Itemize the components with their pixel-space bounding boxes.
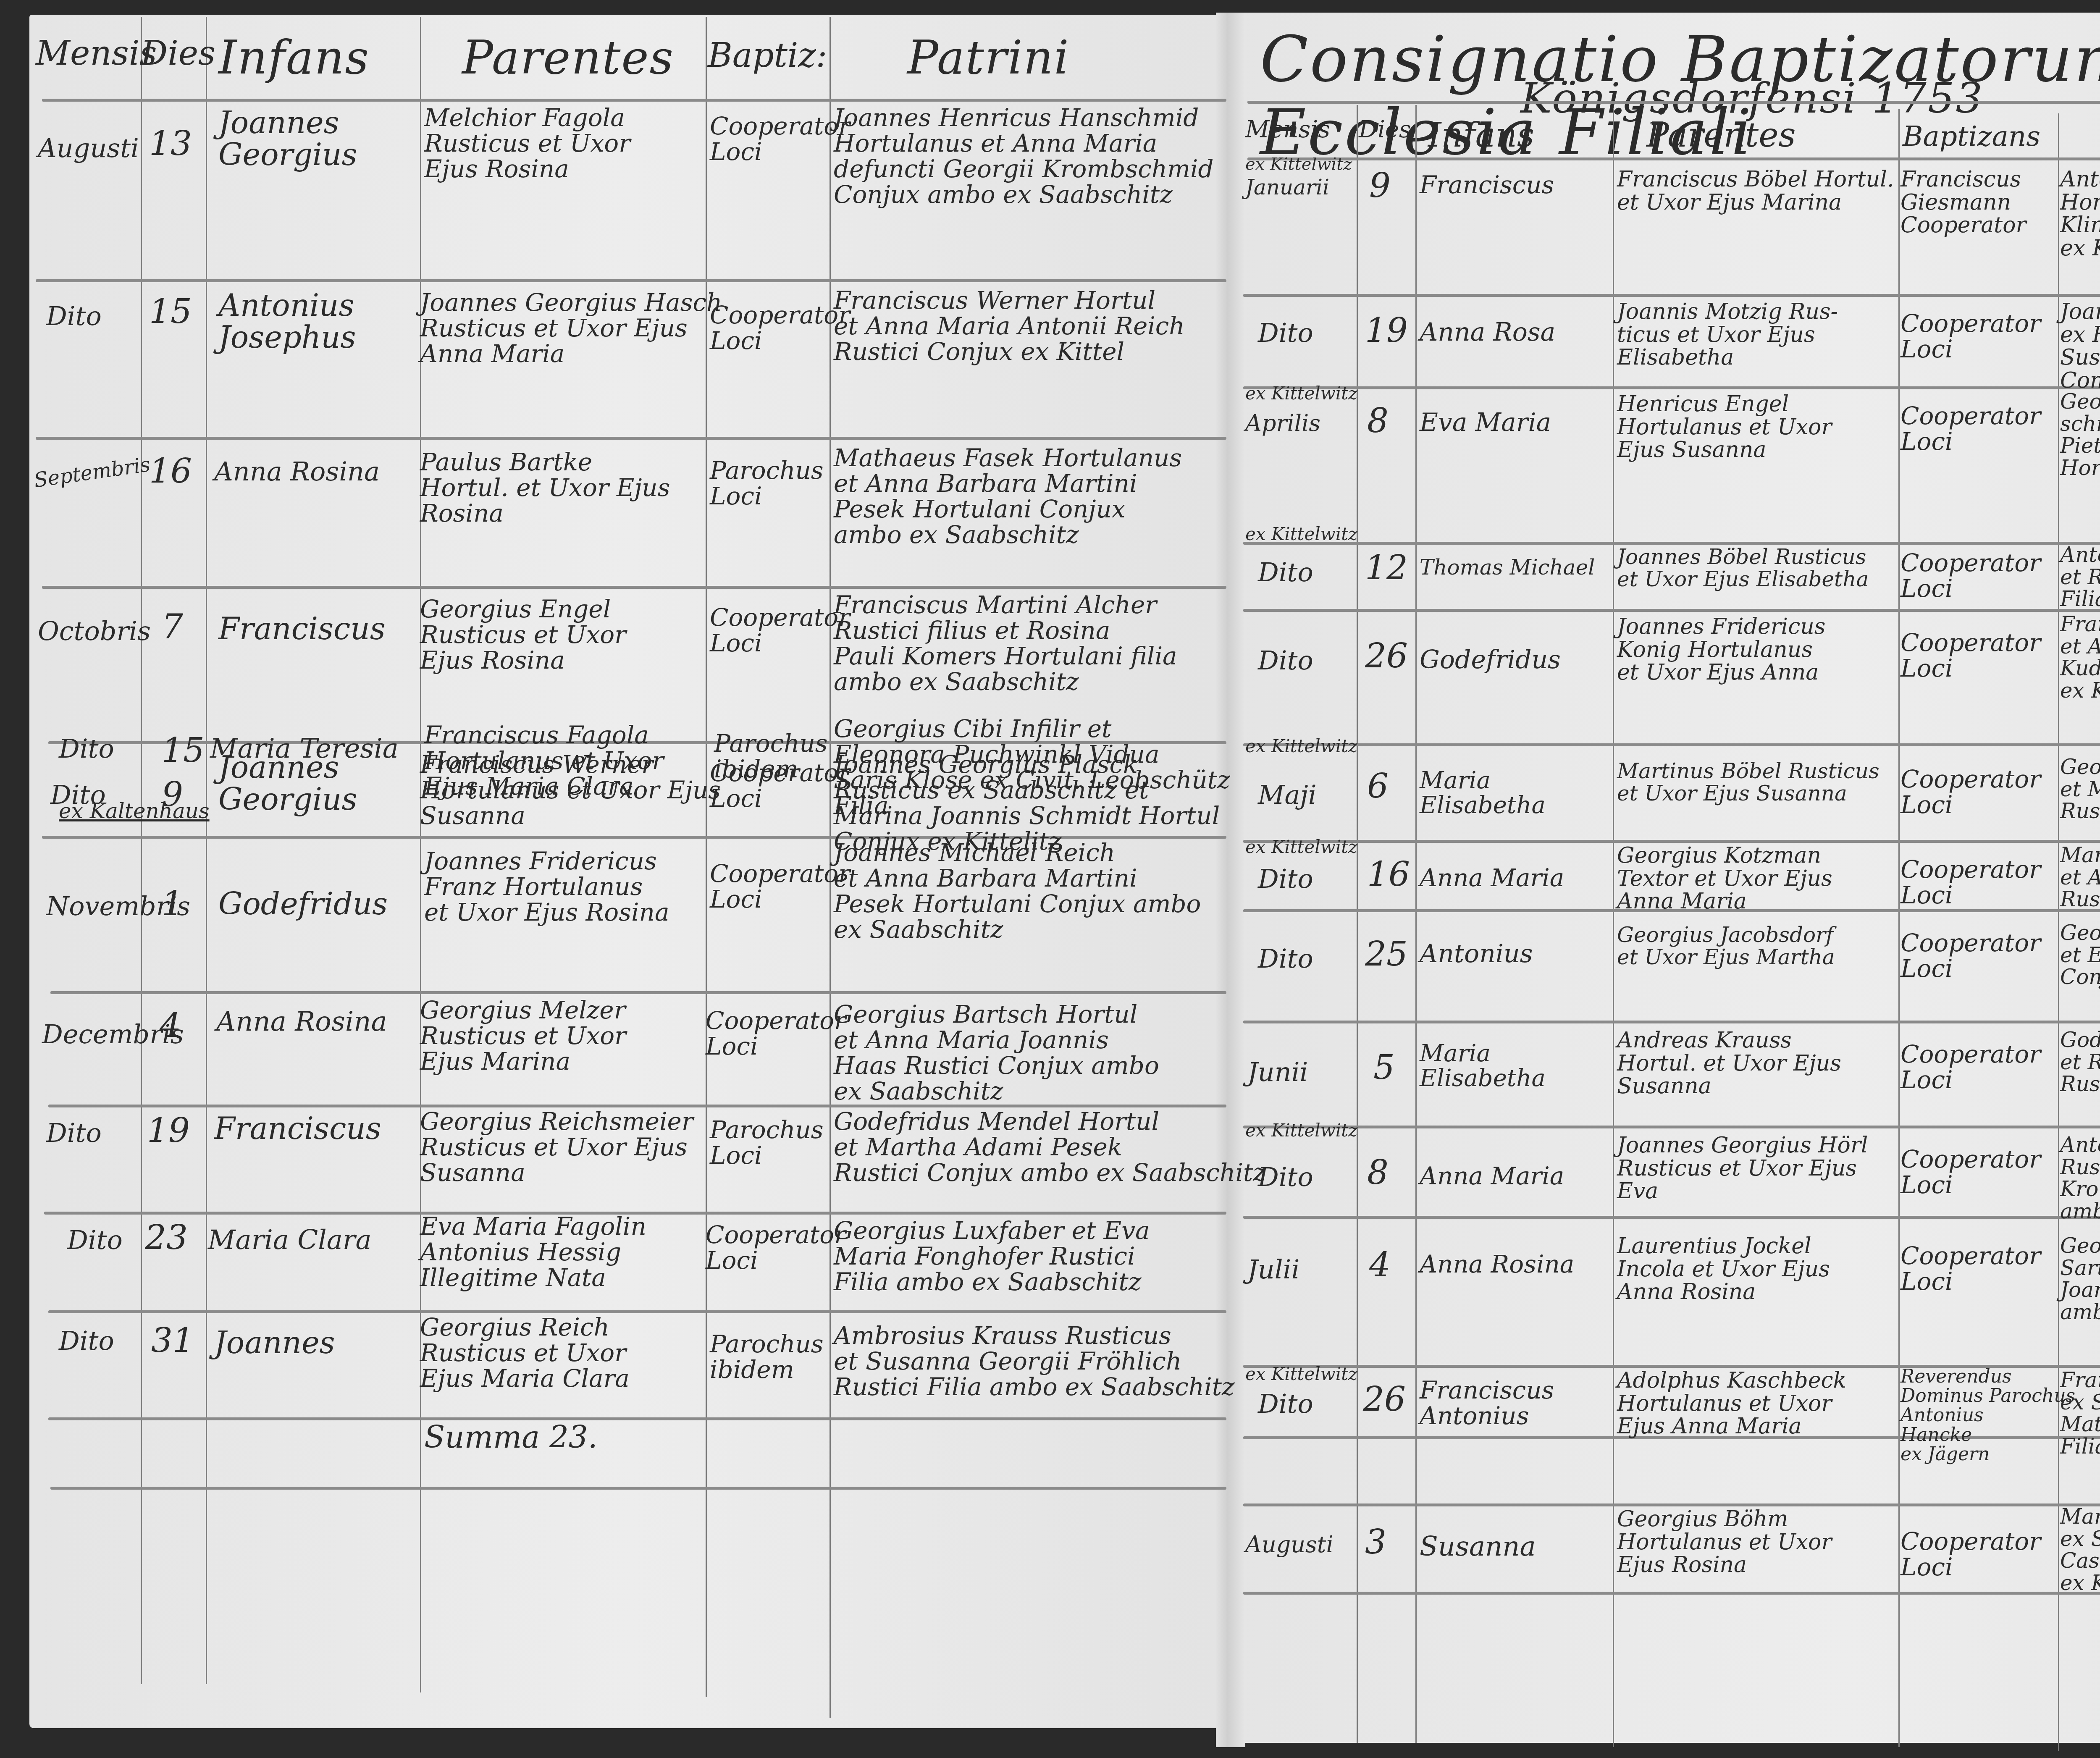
row-divider xyxy=(48,1310,1226,1313)
row-divider xyxy=(50,991,1226,994)
mensis-cell: Maji xyxy=(1258,781,1317,808)
row-divider xyxy=(50,1487,1226,1490)
infans-cell: Anna Rosina xyxy=(216,1008,387,1036)
parentes-cell: Joannes Georgius Hasch Rusticus et Uxor … xyxy=(420,290,722,367)
column-divider xyxy=(1898,109,1900,1747)
dies-cell: 1 xyxy=(162,886,183,921)
infans-cell: Eva Maria xyxy=(1420,409,1551,436)
baptizans-cell: Cooperator Loci xyxy=(710,861,850,912)
dies-cell: 15 xyxy=(149,294,192,329)
header-dies: Dies xyxy=(1359,118,1411,142)
dies-cell: 7 xyxy=(162,609,183,644)
column-divider xyxy=(1613,109,1614,1747)
column-divider xyxy=(141,17,142,1684)
patrini-cell: Franciscus Motz Hortulanus et Anna Rosin… xyxy=(2060,613,2100,701)
mensis-cell: Dito xyxy=(1258,647,1313,674)
mensis-cell: Januarii xyxy=(1245,176,1329,199)
patrini-cell: Antonius Marmetzke Rusticus et Gertrudis… xyxy=(2060,1134,2100,1222)
dies-cell: 16 xyxy=(149,454,192,489)
patrini-cell: Georgius Georgii Kromb- schmid Hortul. f… xyxy=(2060,391,2100,479)
baptizans-cell: Cooperator Loci xyxy=(706,1222,846,1273)
infans-cell: Joannes Georgius xyxy=(218,107,357,171)
dies-cell: 4 xyxy=(160,1008,181,1043)
parentes-cell: Andreas Krauss Hortul. et Uxor Ejus Susa… xyxy=(1617,1029,1841,1098)
row-divider xyxy=(1243,386,2100,389)
column-divider xyxy=(1415,105,1417,1743)
baptizans-cell: Cooperator Loci xyxy=(1900,311,2041,362)
row-divider xyxy=(1243,1592,2100,1595)
header-patrini: Patrini xyxy=(907,34,1070,82)
infans-cell: Anna Rosina xyxy=(1420,1252,1574,1277)
dies-cell: 5 xyxy=(1373,1050,1395,1085)
column-divider xyxy=(1357,105,1358,1743)
patrini-cell: Georgius Kotzman Textor et Marina Godefr… xyxy=(2060,756,2100,822)
baptizans-cell: Cooperator Loci xyxy=(1900,1147,2041,1198)
infans-cell: Anna Rosina xyxy=(214,458,380,485)
mensis-cell: Augusti xyxy=(1245,1533,1333,1557)
parentes-cell: Georgius Jacobsdorf et Uxor Ejus Martha xyxy=(1617,924,1835,968)
parentes-cell: Martinus Böbel Rusticus et Uxor Ejus Sus… xyxy=(1617,760,1879,804)
dies-cell: 6 xyxy=(1367,769,1389,804)
dies-cell: 19 xyxy=(147,1113,190,1148)
infans-cell: Maria Elisabetha xyxy=(1420,769,1546,818)
header-baptizans: Baptizans xyxy=(1903,122,2040,151)
dies-cell: 26 xyxy=(1365,638,1408,674)
mensis-cell: Dito xyxy=(1258,559,1313,586)
mensis-cell: Dito xyxy=(67,1226,123,1254)
row-divider xyxy=(1243,743,2100,746)
patrini-cell: Mathaeus Fasek Hortulanus et Anna Barbar… xyxy=(834,445,1182,548)
dies-cell: 9 xyxy=(1369,168,1391,203)
mensis-cell: Dito xyxy=(1258,945,1313,972)
baptizans-cell: Cooperator Loci xyxy=(1900,630,2041,681)
row-divider xyxy=(36,437,1226,440)
dies-cell: 13 xyxy=(149,126,192,161)
patrini-cell: Joannes Henricus Hanschmid Hortulanus et… xyxy=(834,105,1214,207)
baptizans-cell: Cooperator Loci xyxy=(1900,1243,2041,1294)
baptizans-cell: Cooperator Loci xyxy=(1900,550,2041,601)
parentes-cell: Eva Maria Fagolin Antonius Hessig Illegi… xyxy=(420,1214,646,1291)
mensis-cell: Dito xyxy=(1258,1390,1313,1417)
mensis-cell: Junii xyxy=(1247,1058,1308,1086)
origin-note: ex Kittelwitz xyxy=(1245,155,1352,173)
patrini-cell: Georgius Cibi Infilir et Eleonora Puchwi… xyxy=(834,716,1230,819)
baptizans-cell: Cooperator Loci xyxy=(710,113,850,165)
baptizans-cell: Parochus ibidem xyxy=(710,1331,824,1383)
baptizans-cell: Parochus Loci xyxy=(710,458,824,509)
mensis-cell: Dito xyxy=(59,735,114,762)
baptizans-cell: Cooperator Loci xyxy=(1900,766,2041,818)
parentes-cell: Paulus Bartke Hortul. et Uxor Ejus Rosin… xyxy=(420,449,670,526)
patrini-cell: Georgius Bartsch Hortul et Anna Maria Jo… xyxy=(834,1002,1159,1104)
patrini-cell: Georgius Luxfaber et Eva Maria Fonghofer… xyxy=(834,1218,1150,1295)
infans-cell: Antonius Josephus xyxy=(218,290,356,353)
parentes-cell: Franciscus Fagola Hortulanus et Uxor Eju… xyxy=(424,722,664,799)
mensis-cell: Dito xyxy=(1258,865,1313,892)
header-infans: Infans xyxy=(218,34,370,82)
patrini-cell: Godefridus Berner Molitor et Rosina Joan… xyxy=(2060,1029,2100,1095)
row-divider xyxy=(1243,294,2100,297)
row-divider xyxy=(48,1417,1226,1420)
parentes-cell: Laurentius Jockel Incola et Uxor Ejus An… xyxy=(1617,1235,1830,1304)
patrini-cell: Antonius Krombschmid Hortulanus et Rosin… xyxy=(2060,168,2100,260)
patrini-cell: Georgius Georgii Heids Sartoris filius e… xyxy=(2060,1235,2100,1323)
dies-cell: 8 xyxy=(1367,1155,1389,1190)
parentes-cell: Franciscus Böbel Hortul. et Uxor Ejus Ma… xyxy=(1617,168,1894,214)
infans-cell: Thomas Michael xyxy=(1420,556,1595,579)
mensis-cell: Octobris xyxy=(38,617,151,645)
row-divider xyxy=(36,279,1226,282)
patrini-cell: Antonius Marmetzke Rusticus et Rosina Jo… xyxy=(2060,544,2100,610)
header-mensis: Mensis xyxy=(36,36,157,71)
infans-cell: Antonius xyxy=(1420,941,1533,967)
baptizans-cell: Reverendus Dominus Parochus Antonius Han… xyxy=(1900,1367,2075,1464)
mensis-cell: Dito xyxy=(59,1327,114,1354)
parentes-cell: Joannes Georgius Hörl Rusticus et Uxor E… xyxy=(1617,1134,1868,1203)
mensis-cell: Dito xyxy=(46,302,102,330)
row-divider xyxy=(42,586,1226,589)
baptizans-cell: Parochus ibidem xyxy=(714,731,828,782)
infans-cell: Franciscus Antonius xyxy=(1420,1378,1554,1429)
origin-note: ex Kaltenhaus xyxy=(59,800,210,822)
parentes-cell: Georgius Böhm Hortulanus et Uxor Ejus Ro… xyxy=(1617,1508,1832,1577)
patrini-cell: Martinus Bramer Hortul. ex Schlögenberg … xyxy=(2060,1506,2100,1594)
baptizans-cell: Cooperator Loci xyxy=(710,605,850,656)
dies-cell: 23 xyxy=(145,1220,188,1255)
row-divider xyxy=(1243,1021,2100,1023)
origin-note: ex Kittelwitz xyxy=(1245,525,1357,543)
origin-note: ex Kittelwitz xyxy=(1245,838,1357,856)
baptizans-cell: Cooperator Loci xyxy=(1900,930,2041,981)
parentes-cell: Joannes Fridericus Franz Hortulanus et U… xyxy=(424,848,669,925)
dies-cell: 3 xyxy=(1365,1524,1386,1560)
parentes-cell: Melchior Fagola Rusticus et Uxor Ejus Ro… xyxy=(424,105,630,182)
dies-cell: 16 xyxy=(1367,857,1410,892)
infans-cell: Anna Maria xyxy=(1420,865,1564,891)
infans-cell: Susanna xyxy=(1420,1533,1536,1561)
infans-cell: Franciscus xyxy=(218,613,386,645)
header-baptizans: Baptiz: xyxy=(708,38,827,73)
row-divider xyxy=(42,99,1226,102)
dies-cell: 26 xyxy=(1363,1382,1406,1417)
dies-cell: 4 xyxy=(1369,1247,1391,1283)
summa-total: Summa 23. xyxy=(424,1420,598,1455)
dies-cell: 12 xyxy=(1365,550,1408,585)
infans-cell: Franciscus xyxy=(214,1113,381,1145)
baptizans-cell: Cooperator Loci xyxy=(710,302,850,354)
header-parentes: Parentes xyxy=(462,34,674,82)
column-divider xyxy=(206,17,207,1684)
patrini-cell: Martinus Böbel Rustic et Anna Thomae Frö… xyxy=(2060,844,2100,910)
baptizans-cell: Cooperator Loci xyxy=(1900,403,2041,454)
parentes-cell: Georgius Reich Rusticus et Uxor Ejus Mar… xyxy=(420,1315,630,1391)
dies-cell: 25 xyxy=(1365,937,1408,972)
baptizans-cell: Franciscus Giesmann Cooperator xyxy=(1900,168,2026,237)
parentes-cell: Henricus Engel Hortulanus et Uxor Ejus S… xyxy=(1617,393,1832,462)
row-divider xyxy=(1243,1126,2100,1128)
baptizans-cell: Cooperator Loci xyxy=(1900,857,2041,908)
row-divider xyxy=(1243,1503,2100,1506)
infans-cell: Maria Clara xyxy=(208,1226,372,1254)
baptizans-cell: Cooperator Loci xyxy=(1900,1529,2041,1580)
row-divider xyxy=(1243,840,2100,843)
row-divider xyxy=(1243,1216,2100,1219)
parentes-cell: Georgius Melzer Rusticus et Uxor Ejus Ma… xyxy=(420,997,626,1074)
parentes-cell: Joannes Fridericus Konig Hortulanus et U… xyxy=(1617,615,1826,684)
infans-cell: Anna Rosa xyxy=(1420,319,1555,346)
parentes-cell: Joannis Motzig Rus- ticus et Uxor Ejus E… xyxy=(1617,300,1838,369)
header-infans: Infans xyxy=(1428,118,1534,153)
dies-cell: 15 xyxy=(162,733,205,768)
patrini-cell: Franciscus Martini Alcher Rustici filius… xyxy=(834,592,1177,695)
infans-cell: Godefridus xyxy=(218,888,388,920)
mensis-cell: Augusti xyxy=(38,134,139,162)
parentes-cell: Georgius Engel Rusticus et Uxor Ejus Ros… xyxy=(420,596,626,673)
infans-cell: Maria Teresia xyxy=(210,735,399,763)
row-divider xyxy=(1243,542,2100,545)
patrini-cell: Georgius Pursch Hortul. et Eva Joannis F… xyxy=(2060,922,2100,988)
parentes-cell: Georgius Kotzman Textor et Uxor Ejus Ann… xyxy=(1617,844,1832,913)
infans-cell: Franciscus xyxy=(1420,172,1554,198)
dies-cell: 31 xyxy=(151,1323,194,1358)
patrini-cell: Ambrosius Krauss Rusticus et Susanna Geo… xyxy=(834,1323,1235,1400)
row-divider xyxy=(1247,157,2100,160)
infans-cell: Godefridus xyxy=(1420,647,1561,673)
origin-note: ex Kittelwitz xyxy=(1245,737,1357,756)
dies-cell: 19 xyxy=(1365,313,1408,348)
patrini-cell: Joannes Michael Reich et Anna Barbara Ma… xyxy=(834,840,1201,942)
baptizans-cell: Cooperator Loci xyxy=(1900,1042,2041,1093)
parentes-cell: Adolphus Kaschbeck Hortulanus et Uxor Ej… xyxy=(1617,1369,1846,1438)
origin-note: ex Kittelwitz xyxy=(1245,384,1357,403)
patrini-cell: Franciscus Fagola Hortul. ex Saabschitz … xyxy=(2060,1369,2100,1457)
header-mensis: Mensis xyxy=(1245,118,1330,142)
row-divider xyxy=(1243,609,2100,612)
dies-cell: 8 xyxy=(1367,403,1389,438)
baptizans-cell: Cooperator Loci xyxy=(706,1008,846,1059)
infans-cell: Maria Elisabetha xyxy=(1420,1042,1546,1091)
mensis-cell: Julii xyxy=(1247,1256,1299,1283)
row-divider xyxy=(1247,101,2100,104)
parentes-cell: Georgius Reichsmeier Rusticus et Uxor Ej… xyxy=(420,1109,693,1186)
baptizans-cell: Parochus Loci xyxy=(710,1117,824,1168)
origin-note: ex Kittelwitz xyxy=(1245,1365,1357,1383)
origin-note: ex Kittelwitz xyxy=(1245,1121,1357,1140)
parentes-cell: Joannes Böbel Rusticus et Uxor Ejus Elis… xyxy=(1617,546,1869,590)
mensis-cell: Dito xyxy=(1258,1163,1313,1191)
infans-cell: Joannes xyxy=(214,1327,335,1359)
patrini-cell: Franciscus Werner Hortul et Anna Maria A… xyxy=(834,288,1185,365)
header-dies: Dies xyxy=(141,36,215,71)
patrini-cell: Godefridus Mendel Hortul et Martha Adami… xyxy=(834,1109,1266,1186)
column-divider xyxy=(706,17,707,1697)
infans-cell: Anna Maria xyxy=(1420,1163,1564,1189)
column-divider xyxy=(420,17,421,1692)
patrini-cell: Joannes Fridericus Ganse ex Haslowitz Mo… xyxy=(2060,300,2100,392)
mensis-cell: Aprilis xyxy=(1245,412,1320,436)
mensis-cell: Dito xyxy=(46,1119,102,1147)
header-parentes: Parentes xyxy=(1646,118,1796,153)
mensis-cell: Dito xyxy=(1258,319,1313,346)
